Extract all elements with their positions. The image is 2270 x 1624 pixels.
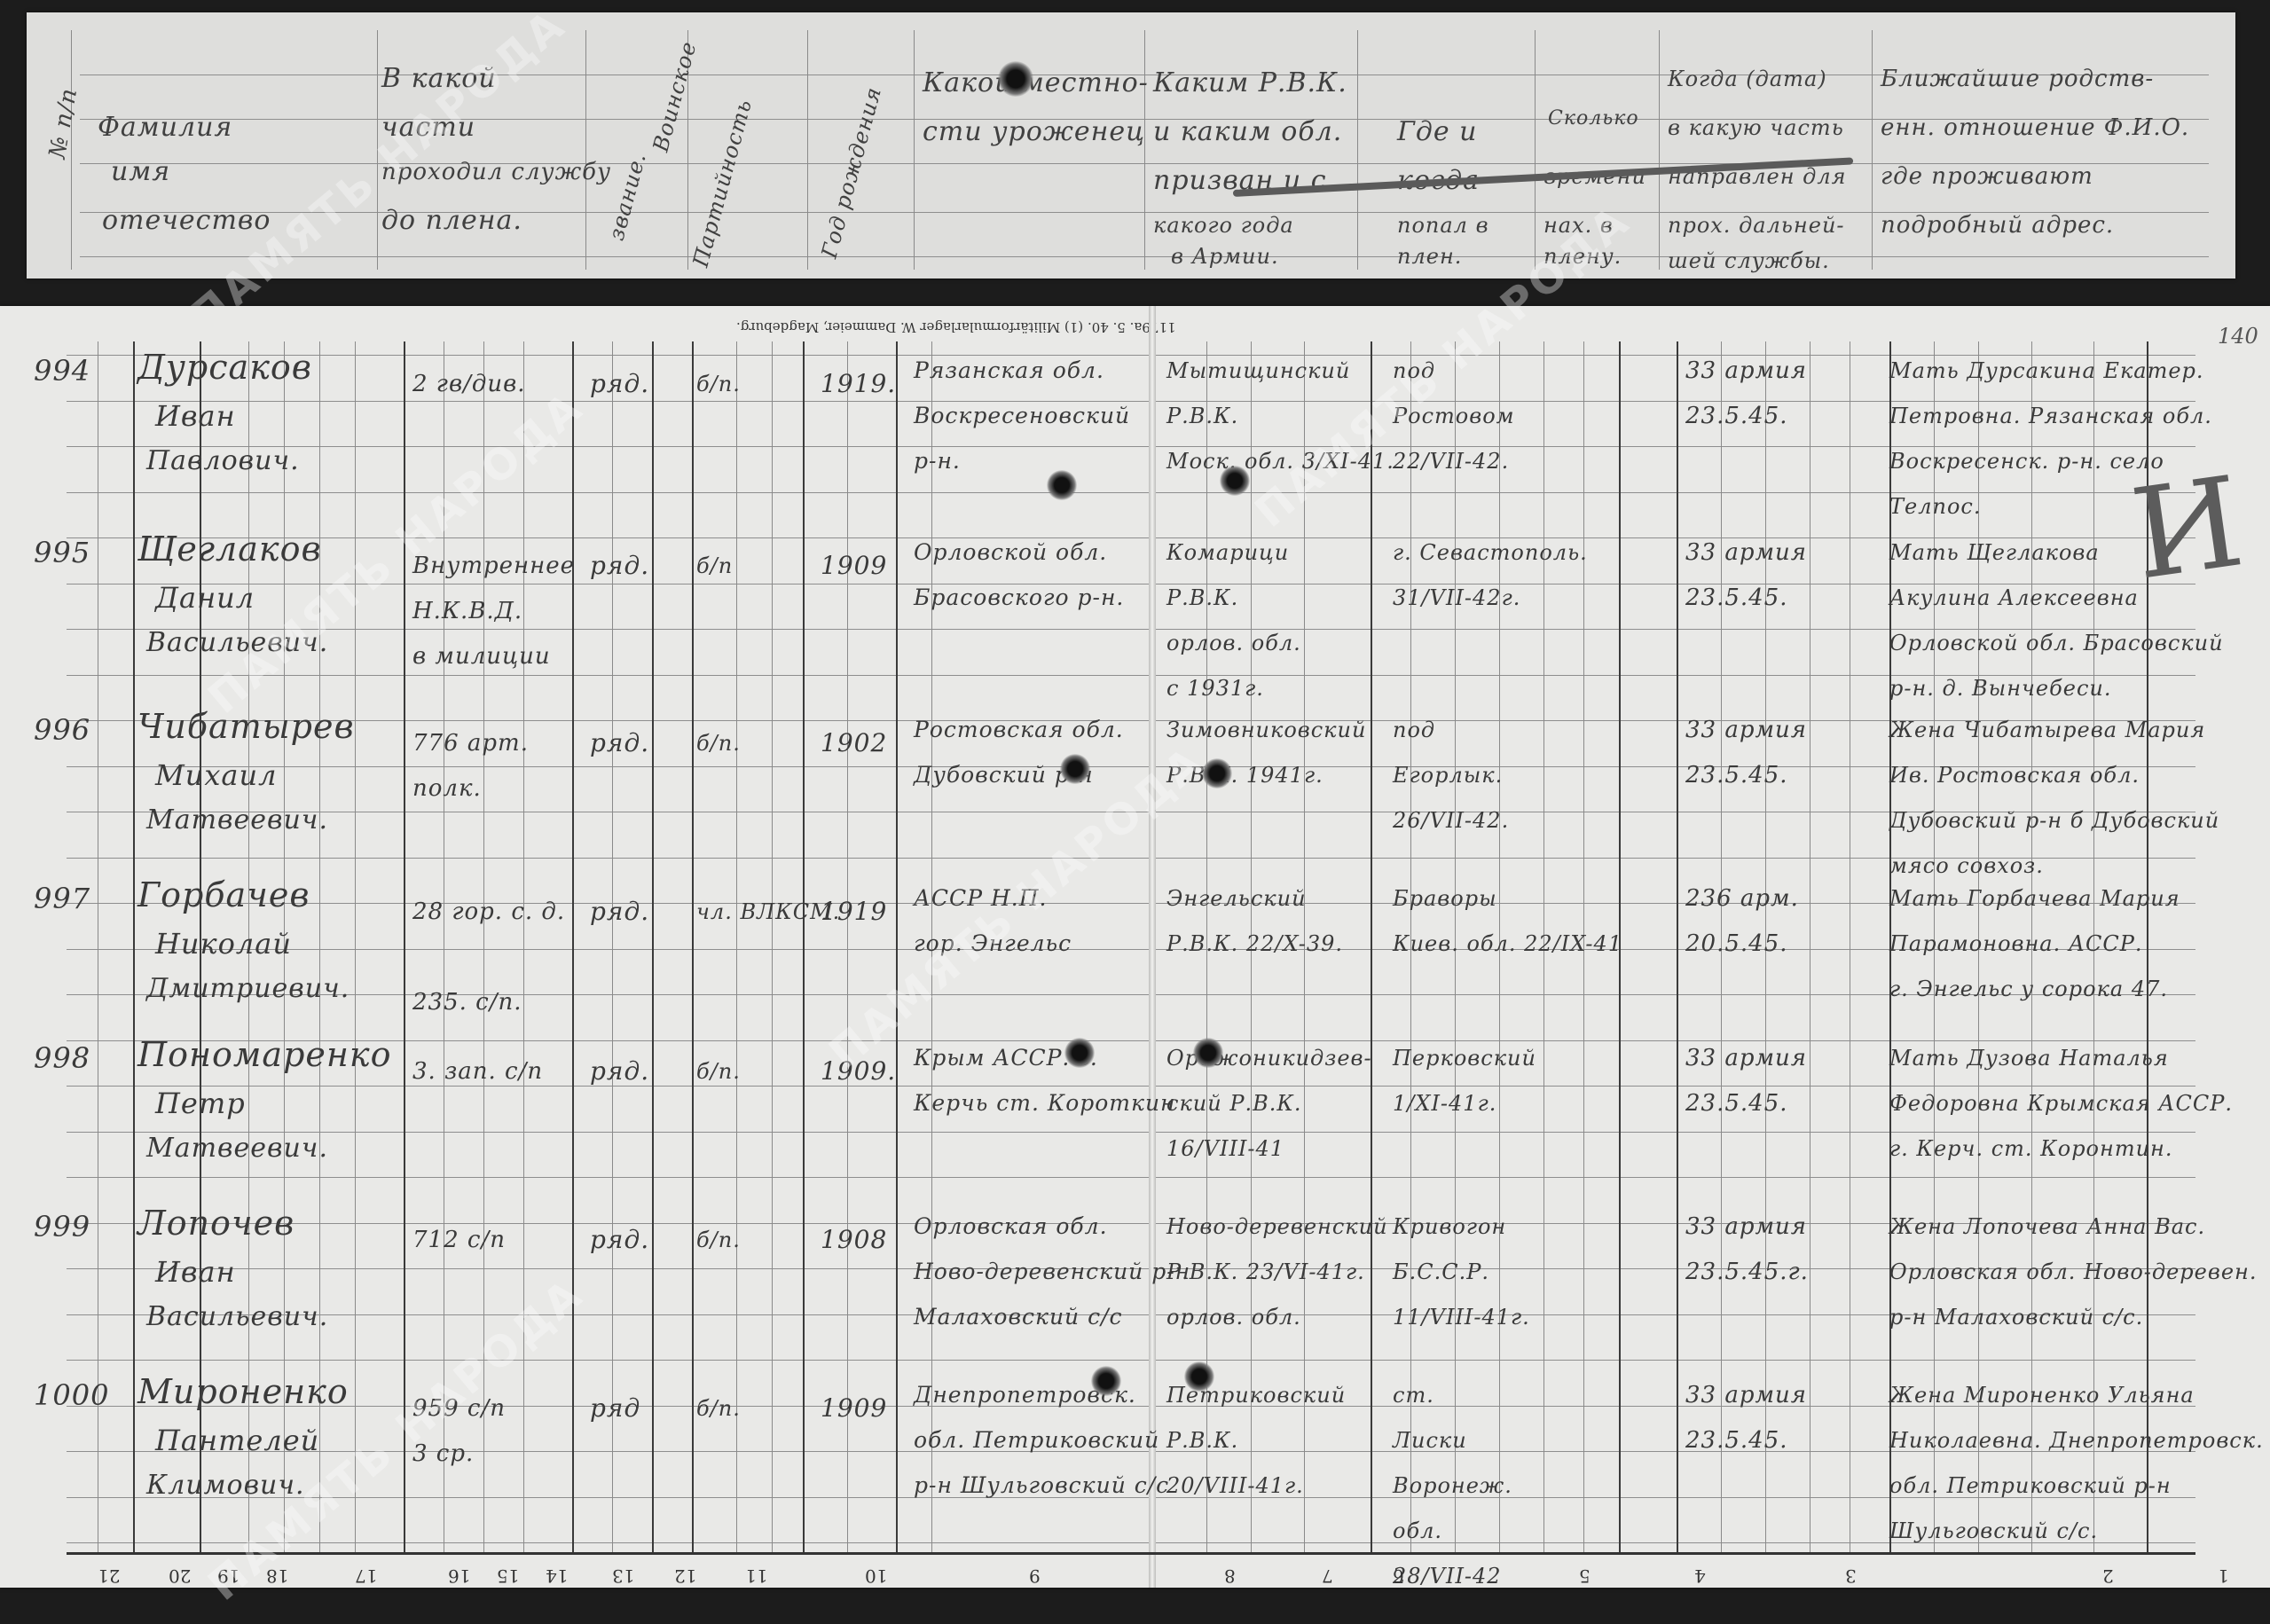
rank: ряд.: [590, 887, 649, 937]
row-number: 996: [34, 705, 90, 755]
col-divider: [896, 341, 898, 1552]
header-duration-1: Сколько: [1548, 97, 1639, 141]
captured: под: [1393, 705, 1435, 755]
sent: 23.5.45.: [1685, 573, 1788, 623]
footer-col-number: 7: [1322, 1565, 1333, 1587]
relatives: Мать Дузова Наталья: [1889, 1033, 2169, 1083]
relatives: Орловская обл. Ново-деревен.: [1889, 1247, 2257, 1297]
rvk: орлов. обл.: [1166, 618, 1301, 668]
birth-year: 1919: [821, 887, 887, 937]
sent: 33 армия: [1685, 1202, 1807, 1251]
header-rvk-2: и каким обл.: [1153, 110, 1342, 154]
rule-line: [67, 994, 2195, 995]
footer-col-number: 17: [355, 1565, 377, 1587]
rule-line: [67, 1223, 2195, 1224]
rule-line: [67, 629, 2195, 630]
first-name: Петр: [155, 1079, 246, 1128]
rvk: Р.В.К. 23/VI-41г.: [1166, 1247, 1365, 1297]
captured: Кривогон: [1393, 1202, 1506, 1251]
col-subdivider: [772, 341, 773, 1552]
party: б/п.: [696, 359, 741, 409]
register-page: 1179a. 5. 40. (1) Militärformularlager W…: [0, 306, 2270, 1588]
sent: 33 армия: [1685, 346, 1807, 396]
birth-year: 1919.: [821, 359, 896, 409]
hole: [1047, 470, 1077, 500]
captured: Лиски: [1393, 1416, 1467, 1465]
header-sent-2: в какую часть: [1668, 106, 1844, 150]
captured: 11/VIII-41г.: [1393, 1292, 1530, 1342]
captured: Егорлык.: [1393, 750, 1503, 800]
sent: 33 армия: [1685, 528, 1807, 577]
rule-line: [67, 1314, 2195, 1315]
party: чл. ВЛКСМ.: [696, 887, 840, 937]
rvk: Р.В.К.: [1166, 573, 1238, 623]
sent: 236 арм.: [1685, 874, 1799, 923]
header-rvk-5: в Армии.: [1171, 234, 1279, 279]
ink-blot: [998, 61, 1033, 97]
footer-col-number: 11: [745, 1565, 767, 1587]
header-rvk-1: Каким Р.В.К.: [1153, 61, 1347, 106]
col-divider: [1357, 30, 1358, 270]
hole: [1193, 1038, 1223, 1068]
captured: 31/VII-42г.: [1393, 573, 1520, 623]
rvk: Энгельский: [1166, 874, 1307, 923]
first-name: Данил: [155, 573, 255, 623]
first-name: Николай: [155, 919, 292, 969]
birth-year: 1909: [821, 541, 887, 591]
captured: ст.: [1393, 1370, 1434, 1420]
captured: Киев. обл. 22/IX-41: [1393, 919, 1622, 969]
first-name: Михаил: [155, 750, 277, 800]
relatives: Мать Щеглакова: [1889, 528, 2100, 577]
birth-year: 1909: [821, 1384, 887, 1433]
captured: Воронеж.: [1393, 1461, 1512, 1510]
rule-line: [67, 949, 2195, 950]
rvk: 20/VIII-41г.: [1166, 1461, 1304, 1510]
relatives: Жена Лопочева Анна Вас.: [1889, 1202, 2205, 1251]
rvk: Р.В.К.: [1166, 391, 1238, 441]
first-name: Иван: [155, 1247, 236, 1297]
rank: ряд: [590, 1384, 640, 1433]
unit: 2 гв/див.: [412, 359, 525, 409]
party: б/п.: [696, 1384, 741, 1433]
surname: Горбачев: [137, 870, 310, 920]
captured: 1/XI-41г.: [1393, 1079, 1496, 1128]
footer-col-number: 14: [546, 1565, 568, 1587]
relatives: г. Энгельс у сорока 47.: [1889, 964, 2168, 1014]
rule-line: [67, 492, 2195, 493]
patronymic: Дмитриевич.: [146, 964, 350, 1014]
form-imprint: 1179a. 5. 40. (1) Militärformularlager W…: [736, 319, 1176, 335]
col-subdivider: [355, 341, 356, 1552]
header-rank-2: Воинское: [639, 36, 711, 157]
footer-col-number: 9: [1029, 1565, 1041, 1587]
rule-line: [67, 903, 2195, 904]
captured: Перковский: [1393, 1033, 1536, 1083]
captured: 26/VII-42.: [1393, 796, 1509, 845]
rvk: Р.В.К.: [1166, 1416, 1238, 1465]
party: б/п.: [696, 1047, 741, 1096]
captured: Б.С.С.Р.: [1393, 1247, 1489, 1297]
unit: 776 арт.: [412, 718, 529, 768]
footer-col-number: 10: [865, 1565, 887, 1587]
birth-year: 1908: [821, 1215, 887, 1265]
sent: 23.5.45.: [1685, 391, 1788, 441]
header-name-1: Фамилия: [98, 106, 232, 150]
header-sheet: № п/п Фамилия имя отечество В какой част…: [27, 12, 2235, 279]
party: б/п.: [696, 1215, 741, 1265]
col-divider: [807, 30, 808, 270]
captured: Браворы: [1393, 874, 1497, 923]
footer-col-number: 1: [2218, 1565, 2229, 1587]
header-birthplace-1: Какой местно-: [923, 61, 1149, 106]
captured: 28/VII-42: [1393, 1551, 1502, 1601]
row-number: 998: [34, 1033, 90, 1083]
relatives: Воскресенск. р-н. село: [1889, 436, 2164, 486]
sent: 20.5.45.: [1685, 919, 1788, 969]
captured: 22/VII-42.: [1393, 436, 1509, 486]
hole: [1064, 1038, 1095, 1068]
header-relatives-2: енн. отношение Ф.И.О.: [1881, 106, 2189, 150]
rule-line: [67, 766, 2195, 767]
rvk: орлов. обл.: [1166, 1292, 1301, 1342]
relatives: Мать Дурсакина Екатер.: [1889, 346, 2204, 396]
footer-col-number: 5: [1579, 1565, 1591, 1587]
rule-line: [67, 675, 2195, 676]
relatives: Ив. Ростовская обл.: [1889, 750, 2140, 800]
relatives: Николаевна. Днепропетровск.: [1889, 1416, 2264, 1465]
relatives: Мать Горбачева Мария: [1889, 874, 2180, 923]
col-subdivider: [736, 341, 737, 1552]
col-divider: [1371, 341, 1372, 1552]
surname: Лопочев: [137, 1198, 295, 1248]
surname: Щеглаков: [137, 524, 322, 574]
rule-line: [67, 446, 2195, 447]
col-divider: [133, 341, 135, 1552]
hole: [1091, 1366, 1121, 1396]
rvk: 16/VIII-41: [1166, 1124, 1284, 1173]
party: б/п: [696, 541, 733, 591]
unit: 235. с/п.: [412, 977, 522, 1027]
unit: в милиции: [412, 632, 551, 681]
rank: ряд.: [590, 541, 649, 591]
relatives: р-н Малаховский с/с.: [1889, 1292, 2143, 1342]
col-divider: [803, 341, 805, 1552]
col-subdivider: [612, 341, 613, 1552]
relatives: Орловской обл. Брасовский: [1889, 618, 2224, 668]
sent: 23.5.45.: [1685, 750, 1788, 800]
captured: обл.: [1393, 1506, 1442, 1556]
rule-line: [67, 720, 2195, 721]
first-name: Пантелей: [155, 1416, 319, 1465]
row-number: 995: [34, 528, 90, 577]
footer-col-number: 12: [674, 1565, 696, 1587]
col-divider: [1677, 341, 1678, 1552]
row-number: 997: [34, 874, 90, 923]
surname: Дурсаков: [137, 342, 312, 392]
hole: [1220, 466, 1250, 496]
rule-line: [67, 401, 2195, 402]
relatives: Петровна. Рязанская обл.: [1889, 391, 2212, 441]
footer-col-number: 4: [1694, 1565, 1706, 1587]
sent: 33 армия: [1685, 1370, 1807, 1420]
birthplace: Орловской обл.: [914, 528, 1107, 577]
rvk: Зимовниковский: [1166, 705, 1366, 755]
sent: 23.5.45.: [1685, 1416, 1788, 1465]
relatives: Дубовский р-н б Дубовский: [1889, 796, 2219, 845]
rule-line: [67, 1360, 2195, 1361]
header-name-3: отечество: [102, 199, 271, 243]
footer-col-number: 2: [2102, 1565, 2114, 1587]
birthplace: р-н.: [914, 436, 961, 486]
row-number: 999: [34, 1202, 90, 1251]
birthplace: Орловская обл.: [914, 1202, 1108, 1251]
rvk: ский Р.В.К.: [1166, 1079, 1302, 1128]
rvk: Мытищинский: [1166, 346, 1350, 396]
relatives: Парамоновна. АССР.: [1889, 919, 2143, 969]
row-number: 994: [34, 346, 90, 396]
footer-col-number: 16: [448, 1565, 470, 1587]
hole: [1184, 1361, 1214, 1392]
relatives: обл. Петриковский р-н: [1889, 1461, 2172, 1510]
col-divider: [572, 341, 574, 1552]
header-birthplace-2: сти уроженец: [923, 110, 1145, 154]
relatives: Шульговский с/с.: [1889, 1506, 2098, 1556]
patronymic: Матвеевич.: [146, 796, 328, 845]
page-number: 140: [2218, 324, 2258, 349]
col-subdivider: [1850, 341, 1850, 1552]
party: б/п.: [696, 718, 741, 768]
header-relatives-4: подробный адрес.: [1881, 203, 2114, 247]
header-name-2: имя: [111, 150, 170, 194]
header-sent-1: Когда (дата): [1668, 57, 1827, 101]
captured: г. Севастополь.: [1393, 528, 1588, 577]
patronymic: Павлович.: [146, 436, 300, 486]
surname: Мироненко: [137, 1367, 349, 1416]
rule-line: [67, 1177, 2195, 1178]
first-name: Иван: [155, 391, 236, 441]
birthplace: Ростовская обл.: [914, 705, 1124, 755]
header-sent-5: шей службы.: [1668, 239, 1830, 283]
col-subdivider: [1810, 341, 1811, 1552]
birthplace: Рязанская обл.: [914, 346, 1104, 396]
birthplace: Ново-деревенский р-н: [914, 1247, 1190, 1297]
unit: 3. зап. с/п: [412, 1047, 543, 1096]
relatives: Телпос.: [1889, 482, 1981, 531]
rule-line: [67, 355, 2195, 356]
footer-col-number: 13: [612, 1565, 634, 1587]
row-number: 1000: [34, 1370, 109, 1420]
check-mark: И: [2124, 450, 2252, 608]
relatives: Жена Чибатырева Мария: [1889, 705, 2205, 755]
rvk: Ново-деревенский: [1166, 1202, 1388, 1251]
birthplace: Воскресеновский: [914, 391, 1130, 441]
birthplace: Брасовского р-н.: [914, 573, 1124, 623]
header-unit-4: до плена.: [381, 199, 522, 243]
footer-col-number: 8: [1224, 1565, 1236, 1587]
header-birth-year: Год рождения: [807, 82, 896, 263]
header-num: № п/п: [35, 84, 91, 162]
patronymic: Васильевич.: [146, 1292, 328, 1342]
rank: ряд.: [590, 1215, 649, 1265]
footer-col-number: 6: [1393, 1565, 1404, 1587]
rank: ряд.: [590, 359, 649, 409]
col-divider: [1535, 30, 1536, 270]
rule-line: [67, 1542, 2195, 1543]
footer-col-number: 21: [98, 1565, 120, 1587]
footer-col-number: 15: [497, 1565, 519, 1587]
col-divider: [914, 30, 915, 270]
birth-year: 1902: [821, 718, 887, 768]
relatives: Акулина Алексеевна: [1889, 573, 2139, 623]
center-fold: [1149, 306, 1156, 1588]
rvk: Р.В.К. 22/X-39.: [1166, 919, 1343, 969]
sent: 23.5.45.г.: [1685, 1247, 1809, 1297]
birthplace: Малаховский с/с: [914, 1292, 1123, 1342]
surname: Пономаренко: [137, 1030, 392, 1079]
birthplace: р-н Шульговский с/с: [914, 1461, 1169, 1510]
col-divider: [692, 341, 694, 1552]
relatives: г. Керч. ст. Коронтин.: [1889, 1124, 2172, 1173]
rvk: Комарици: [1166, 528, 1289, 577]
rank: ряд.: [590, 718, 649, 768]
col-divider: [1659, 30, 1660, 270]
sent: 33 армия: [1685, 705, 1807, 755]
unit: Н.К.В.Д.: [412, 586, 522, 636]
col-subdivider: [523, 341, 524, 1552]
rank: ряд.: [590, 1047, 649, 1096]
sent: 33 армия: [1685, 1033, 1807, 1083]
relatives: Федоровна Крымская АССР.: [1889, 1079, 2233, 1128]
col-divider: [652, 341, 654, 1552]
header-captured-1: Где и: [1397, 110, 1478, 154]
rule-line: [67, 858, 2195, 859]
footer-col-number: 20: [169, 1565, 191, 1587]
birthplace: Керчь ст. Короткин: [914, 1079, 1176, 1128]
header-captured-4: плен.: [1397, 234, 1462, 279]
rule-line: [67, 1132, 2195, 1133]
unit: полк.: [412, 764, 482, 813]
patronymic: Матвеевич.: [146, 1124, 328, 1173]
header-party: Партийность: [679, 94, 766, 272]
header-relatives-1: Ближайшие родств-: [1881, 57, 2154, 101]
unit: 28 гор. с. д.: [412, 887, 565, 937]
footer-col-number: 3: [1845, 1565, 1857, 1587]
col-subdivider: [847, 341, 848, 1552]
sent: 23.5.45.: [1685, 1079, 1788, 1128]
unit: 712 с/п: [412, 1215, 506, 1265]
col-divider: [1872, 30, 1873, 270]
header-relatives-3: где проживают: [1881, 154, 2093, 199]
hole: [1060, 754, 1090, 784]
birthplace: обл. Петриковский: [914, 1416, 1159, 1465]
footer-rule: [67, 1552, 2195, 1555]
relatives: Жена Мироненко Ульяна: [1889, 1370, 2195, 1420]
